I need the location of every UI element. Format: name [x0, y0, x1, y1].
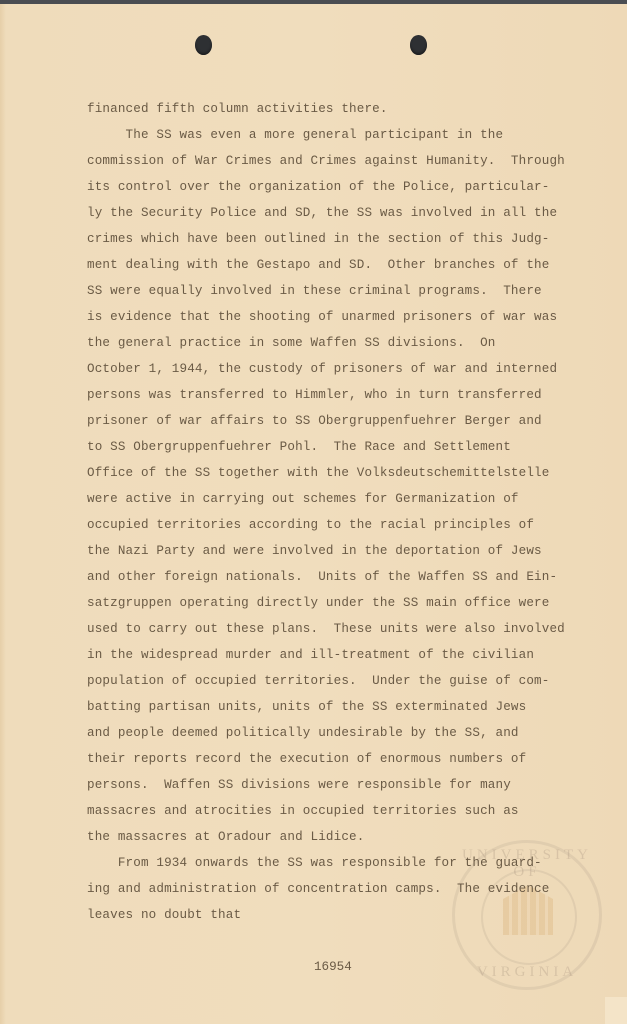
text-line: crimes which have been outlined in the s… — [87, 226, 587, 252]
text-line: to SS Obergruppenfuehrer Pohl. The Race … — [87, 434, 587, 460]
text-line: persons. Waffen SS divisions were respon… — [87, 772, 587, 798]
text-line: financed fifth column activities there. — [87, 96, 587, 122]
text-line: The SS was even a more general participa… — [87, 122, 587, 148]
typewritten-body: financed fifth column activities there. … — [87, 96, 587, 928]
text-line: is evidence that the shooting of unarmed… — [87, 304, 587, 330]
text-line: satzgruppen operating directly under the… — [87, 590, 587, 616]
text-line: October 1, 1944, the custody of prisoner… — [87, 356, 587, 382]
punch-hole-left — [195, 35, 212, 55]
text-line: leaves no doubt that — [87, 902, 587, 928]
text-line: its control over the organization of the… — [87, 174, 587, 200]
text-line: population of occupied territories. Unde… — [87, 668, 587, 694]
text-line: Office of the SS together with the Volks… — [87, 460, 587, 486]
text-line: the Nazi Party and were involved in the … — [87, 538, 587, 564]
text-line: ment dealing with the Gestapo and SD. Ot… — [87, 252, 587, 278]
text-line: in the widespread murder and ill-treatme… — [87, 642, 587, 668]
text-line: ly the Security Police and SD, the SS wa… — [87, 200, 587, 226]
text-line: and people deemed politically undesirabl… — [87, 720, 587, 746]
text-line: SS were equally involved in these crimin… — [87, 278, 587, 304]
text-line: occupied territories according to the ra… — [87, 512, 587, 538]
page-number: 16954 — [314, 960, 352, 974]
text-line: used to carry out these plans. These uni… — [87, 616, 587, 642]
text-line: ing and administration of concentration … — [87, 876, 587, 902]
text-line: persons was transferred to Himmler, who … — [87, 382, 587, 408]
text-line: and other foreign nationals. Units of th… — [87, 564, 587, 590]
text-line: prisoner of war affairs to SS Obergruppe… — [87, 408, 587, 434]
text-line: From 1934 onwards the SS was responsible… — [87, 850, 587, 876]
text-line: massacres and atrocities in occupied ter… — [87, 798, 587, 824]
text-line: their reports record the execution of en… — [87, 746, 587, 772]
punch-hole-right — [410, 35, 427, 55]
text-line: batting partisan units, units of the SS … — [87, 694, 587, 720]
seal-bottom-text: VIRGINIA — [455, 964, 599, 981]
text-line: the general practice in some Waffen SS d… — [87, 330, 587, 356]
scan-corner-patch — [605, 997, 627, 1024]
text-line: commission of War Crimes and Crimes agai… — [87, 148, 587, 174]
text-line: the massacres at Oradour and Lidice. — [87, 824, 587, 850]
text-line: were active in carrying out schemes for … — [87, 486, 587, 512]
